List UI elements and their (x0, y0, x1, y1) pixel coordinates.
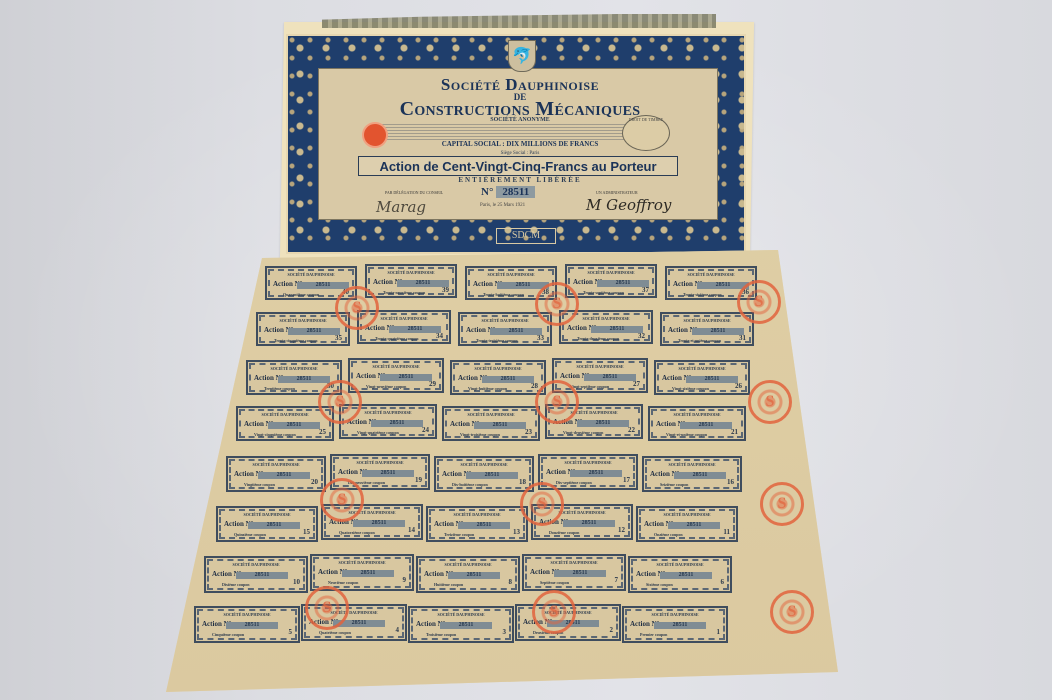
coupon-label: Vingt-troisième coupon (460, 432, 500, 437)
coupon-label: Troisième coupon (426, 632, 456, 637)
coupon-company: SOCIÉTÉ DAUPHINOISE (460, 318, 550, 323)
coupon-label: Onzième coupon (654, 532, 683, 537)
coupon-action-number: 28511 (686, 376, 738, 383)
coupon-5: SOCIÉTÉ DAUPHINOISEAction N°28511Cinquiè… (194, 606, 300, 643)
coupon-label: Neuvième coupon (328, 580, 358, 585)
coupon-13: SOCIÉTÉ DAUPHINOISEAction N°28511Treiziè… (426, 506, 528, 542)
coupon-company: SOCIÉTÉ DAUPHINOISE (638, 512, 736, 517)
coupon-label: Treizième coupon (444, 532, 474, 537)
coupon-action-number: 28511 (371, 420, 423, 427)
coupon-label: Vingt-septième coupon (570, 384, 609, 389)
coupon-label: Septième coupon (540, 580, 569, 585)
coupon-label: Trente-et-unième coupon (678, 338, 721, 343)
red-seal-icon: S (335, 286, 379, 330)
coupon-company: SOCIÉTÉ DAUPHINOISE (467, 272, 555, 277)
coupon-label: Trente-huitième coupon (483, 292, 524, 297)
coupon-label: Vingtième coupon (244, 482, 275, 487)
coupon-number: 37 (642, 288, 649, 293)
coupon-label: Sixième coupon (646, 582, 673, 587)
coupon-number: 14 (408, 528, 415, 533)
coupon-number: 32 (638, 334, 645, 339)
coupon-label: Vingt-quatrième coupon (357, 430, 399, 435)
coupon-label: Trente-troisième coupon (476, 338, 518, 343)
red-seal-icon: S (737, 280, 781, 324)
coupon-number: 18 (519, 480, 526, 485)
coupon-label: Quinzième coupon (234, 532, 266, 537)
coupon-number: 6 (721, 580, 725, 585)
coupon-company: SOCIÉTÉ DAUPHINOISE (662, 318, 752, 323)
coupon-number: 22 (628, 428, 635, 433)
coupon-action-number: 28511 (248, 522, 300, 529)
coupon-company: SOCIÉTÉ DAUPHINOISE (428, 512, 526, 517)
coupon-number: 25 (319, 430, 326, 435)
coupon-label: Dix-huitième coupon (452, 482, 488, 487)
coupon-action-number: 28511 (448, 572, 500, 579)
coupon-action-number: 28511 (353, 520, 405, 527)
coupon-number: 3 (503, 630, 507, 635)
coupon-label: Premier coupon (640, 632, 667, 637)
coupon-23: SOCIÉTÉ DAUPHINOISEAction N°28511Vingt-t… (442, 406, 540, 441)
coupon-number: 11 (723, 530, 730, 535)
coupon-number: 15 (303, 530, 310, 535)
coupon-action-number: 28511 (458, 522, 510, 529)
coupon-action-number: 28511 (591, 326, 643, 333)
coupon-number: 9 (403, 578, 407, 583)
coupon-number: 4 (396, 628, 400, 633)
coupon-company: SOCIÉTÉ DAUPHINOISE (540, 460, 636, 465)
coupon-label: Quatorzième coupon (339, 530, 375, 535)
coupon-action-number: 28511 (380, 374, 432, 381)
coupon-label: Dixième coupon (222, 582, 249, 587)
coupon-action-number: 28511 (474, 422, 526, 429)
coupon-number: 2 (610, 628, 614, 633)
coupon-label: Quarantième coupon (283, 292, 319, 297)
coupon-company: SOCIÉTÉ DAUPHINOISE (350, 364, 442, 369)
coupon-action-number: 28511 (490, 328, 542, 335)
coupon-number: 16 (727, 480, 734, 485)
coupon-company: SOCIÉTÉ DAUPHINOISE (206, 562, 306, 567)
coupon-label: Vingt-et-unième coupon (666, 432, 707, 437)
coupon-action-number: 28511 (342, 570, 394, 577)
coupon-company: SOCIÉTÉ DAUPHINOISE (554, 364, 646, 369)
coupon-action-number: 28511 (563, 520, 615, 527)
coupon-company: SOCIÉTÉ DAUPHINOISE (524, 560, 624, 565)
coupon-number: 5 (289, 630, 293, 635)
coupon-company: SOCIÉTÉ DAUPHINOISE (444, 412, 538, 417)
red-seal-icon: S (748, 380, 792, 424)
coupon-37: SOCIÉTÉ DAUPHINOISEAction N°28511Trente-… (565, 264, 657, 298)
tax-stamp-text: DROIT DE TIMBRE (629, 117, 664, 122)
coupon-label: Trente-septième coupon (583, 290, 624, 295)
fine-print (380, 124, 660, 140)
coupon-label: Trentième coupon (264, 386, 295, 391)
coupon-action-number: 28511 (554, 570, 606, 577)
coupon-label: Douzième coupon (549, 530, 579, 535)
coupon-company: SOCIÉTÉ DAUPHINOISE (644, 462, 740, 467)
coupon-company: SOCIÉTÉ DAUPHINOISE (196, 612, 298, 617)
coupon-label: Trente-cinquième coupon (274, 338, 318, 343)
coupon-35: SOCIÉTÉ DAUPHINOISEAction N°28511Trente-… (256, 312, 350, 346)
coupon-number: 26 (735, 384, 742, 389)
coupon-company: SOCIÉTÉ DAUPHINOISE (667, 272, 755, 277)
coupon-29: SOCIÉTÉ DAUPHINOISEAction N°28511Vingt-n… (348, 358, 444, 393)
coupon-action-number: 28511 (440, 622, 492, 629)
coupon-26: SOCIÉTÉ DAUPHINOISEAction N°28511Vingt-s… (654, 360, 750, 395)
coupon-action-number: 28511 (482, 376, 534, 383)
coupon-action-number: 28511 (278, 376, 330, 383)
coupon-action-number: 28511 (668, 522, 720, 529)
coupon-company: SOCIÉTÉ DAUPHINOISE (228, 462, 324, 467)
left-signature: Marag (376, 198, 426, 216)
coupon-28: SOCIÉTÉ DAUPHINOISEAction N°28511Vingt-h… (450, 360, 546, 395)
coupon-label: Seizième coupon (660, 482, 688, 487)
coupon-action-number: 28511 (236, 572, 288, 579)
left-signature-label: PAR DÉLÉGATION DU CONSEIL (385, 190, 443, 195)
coupon-number: 17 (623, 478, 630, 483)
coupon-number: 7 (615, 578, 619, 583)
red-seal-icon: S (760, 482, 804, 526)
coupon-company: SOCIÉTÉ DAUPHINOISE (332, 460, 428, 465)
coupon-company: SOCIÉTÉ DAUPHINOISE (418, 562, 518, 567)
right-signature-label: UN ADMINISTRATEUR (596, 190, 638, 195)
red-seal-icon: S (520, 482, 564, 526)
number-prefix: N° (481, 186, 493, 198)
coupon-company: SOCIÉTÉ DAUPHINOISE (650, 412, 744, 417)
coupon-number: 29 (429, 382, 436, 387)
coupon-label: Vingt-deuxième coupon (563, 430, 603, 435)
coupon-31: SOCIÉTÉ DAUPHINOISEAction N°28511Trente-… (660, 312, 754, 346)
coupon-label: Quatrième coupon (319, 630, 351, 635)
coupon-action-number: 28511 (466, 472, 518, 479)
coupon-11: SOCIÉTÉ DAUPHINOISEAction N°28511Onzième… (636, 506, 738, 542)
number-value: 28511 (496, 186, 535, 198)
coupon-number: 39 (442, 288, 449, 293)
coupon-company: SOCIÉTÉ DAUPHINOISE (630, 562, 730, 567)
coupon-33: SOCIÉTÉ DAUPHINOISEAction N°28511Trente-… (458, 312, 552, 346)
coupon-company: SOCIÉTÉ DAUPHINOISE (624, 612, 726, 617)
coupon-company: SOCIÉTÉ DAUPHINOISE (567, 270, 655, 275)
coupon-label: Vingt-sixième coupon (672, 386, 709, 391)
share-number: N°28511 (481, 186, 535, 198)
coupon-number: 13 (513, 530, 520, 535)
red-seal-icon: S (770, 590, 814, 634)
coupon-action-number: 28511 (674, 472, 726, 479)
coupon-company: SOCIÉTÉ DAUPHINOISE (218, 512, 316, 517)
coupon-company: SOCIÉTÉ DAUPHINOISE (248, 366, 340, 371)
coupon-label: Dix-septième coupon (556, 480, 592, 485)
title-banner: Action de Cent-Vingt-Cinq-Francs au Port… (358, 156, 678, 176)
coupon-company: SOCIÉTÉ DAUPHINOISE (312, 560, 412, 565)
coupon-20: SOCIÉTÉ DAUPHINOISEAction N°28511Vingtiè… (226, 456, 326, 492)
right-signature: M Geoffroy (586, 196, 671, 214)
issue-date: Paris, le 25 Mars 1921 (480, 203, 525, 208)
coupon-15: SOCIÉTÉ DAUPHINOISEAction N°28511Quinziè… (216, 506, 318, 542)
coupon-action-number: 28511 (288, 328, 340, 335)
coupon-action-number: 28511 (389, 326, 441, 333)
coupon-label: Trente-deuxième coupon (577, 336, 619, 341)
coupon-8: SOCIÉTÉ DAUPHINOISEAction N°28511Huitièm… (416, 556, 520, 593)
coupon-6: SOCIÉTÉ DAUPHINOISEAction N°28511Sixième… (628, 556, 732, 593)
coupon-label: Trente-quatrième coupon (375, 336, 419, 341)
coupon-number: 19 (415, 478, 422, 483)
coupon-39: SOCIÉTÉ DAUPHINOISEAction N°28511Trente-… (365, 264, 457, 298)
coupon-action-number: 28511 (654, 622, 706, 629)
coupon-3: SOCIÉTÉ DAUPHINOISEAction N°28511Troisiè… (408, 606, 514, 643)
coupon-number: 35 (335, 336, 342, 341)
paid-status: ENTIÈREMENT LIBÉRÉE (330, 176, 710, 184)
coupon-number: 20 (311, 480, 318, 485)
coupon-company: SOCIÉTÉ DAUPHINOISE (410, 612, 512, 617)
coupon-action-number: 28511 (226, 622, 278, 629)
coupon-action-number: 28511 (570, 470, 622, 477)
coupon-label: Cinquième coupon (212, 632, 244, 637)
coupon-company: SOCIÉTÉ DAUPHINOISE (367, 270, 455, 275)
coupon-number: 31 (739, 336, 746, 341)
coupon-number: 1 (717, 630, 721, 635)
coupon-action-number: 28511 (584, 374, 636, 381)
coupon-number: 27 (633, 382, 640, 387)
coupon-18: SOCIÉTÉ DAUPHINOISEAction N°28511Dix-hui… (434, 456, 534, 492)
coupon-number: 24 (422, 428, 429, 433)
coupon-1: SOCIÉTÉ DAUPHINOISEAction N°28511Premier… (622, 606, 728, 643)
red-seal-icon: S (305, 586, 349, 630)
coupon-10: SOCIÉTÉ DAUPHINOISEAction N°28511Dixième… (204, 556, 308, 593)
coupon-label: Vingt-cinquième coupon (254, 432, 296, 437)
coupon-number: 8 (509, 580, 513, 585)
coupon-action-number: 28511 (692, 328, 744, 335)
coupon-number: 10 (293, 580, 300, 585)
coupon-company: SOCIÉTÉ DAUPHINOISE (267, 272, 355, 277)
coupon-number: 23 (525, 430, 532, 435)
red-seal-icon: S (535, 380, 579, 424)
coupon-number: 21 (731, 430, 738, 435)
coupon-action-number: 28511 (680, 422, 732, 429)
coupon-action-number: 28511 (660, 572, 712, 579)
coupon-label: Trente-neuvième coupon (383, 290, 425, 295)
monogram-panel: SDCM (496, 228, 556, 244)
red-seal-icon: S (320, 478, 364, 522)
coupon-action-number: 28511 (362, 470, 414, 477)
coupon-company: SOCIÉTÉ DAUPHINOISE (258, 318, 348, 323)
coupon-7: SOCIÉTÉ DAUPHINOISEAction N°28511Septièm… (522, 554, 626, 591)
coupon-company: SOCIÉTÉ DAUPHINOISE (238, 412, 332, 417)
red-seal-icon: S (532, 590, 576, 634)
coupon-16: SOCIÉTÉ DAUPHINOISEAction N°28511Seizièm… (642, 456, 742, 492)
coupon-label: Huitième coupon (434, 582, 463, 587)
coupon-number: 12 (618, 528, 625, 533)
coupon-label: Trente-sixième coupon (683, 292, 722, 297)
coupon-company: SOCIÉTÉ DAUPHINOISE (436, 462, 532, 467)
coupon-label: Vingt-neuvième coupon (366, 384, 406, 389)
red-seal-icon: S (318, 380, 362, 424)
coupon-number: 28 (531, 384, 538, 389)
red-seal-icon: S (535, 282, 579, 326)
coupon-company: SOCIÉTÉ DAUPHINOISE (656, 366, 748, 371)
coupon-action-number: 28511 (577, 420, 629, 427)
dolphin-crest-icon: 🐬 (508, 40, 536, 72)
coupon-company: SOCIÉTÉ DAUPHINOISE (452, 366, 544, 371)
coupon-number: 33 (537, 336, 544, 341)
capital-line: CAPITAL SOCIAL : DIX MILLIONS DE FRANCS (330, 140, 710, 148)
coupon-action-number: 28511 (258, 472, 310, 479)
coupon-action-number: 28511 (268, 422, 320, 429)
coupon-21: SOCIÉTÉ DAUPHINOISEAction N°28511Vingt-e… (648, 406, 746, 441)
coupon-label: Vingt-huitième coupon (468, 386, 507, 391)
coupon-number: 34 (436, 334, 443, 339)
